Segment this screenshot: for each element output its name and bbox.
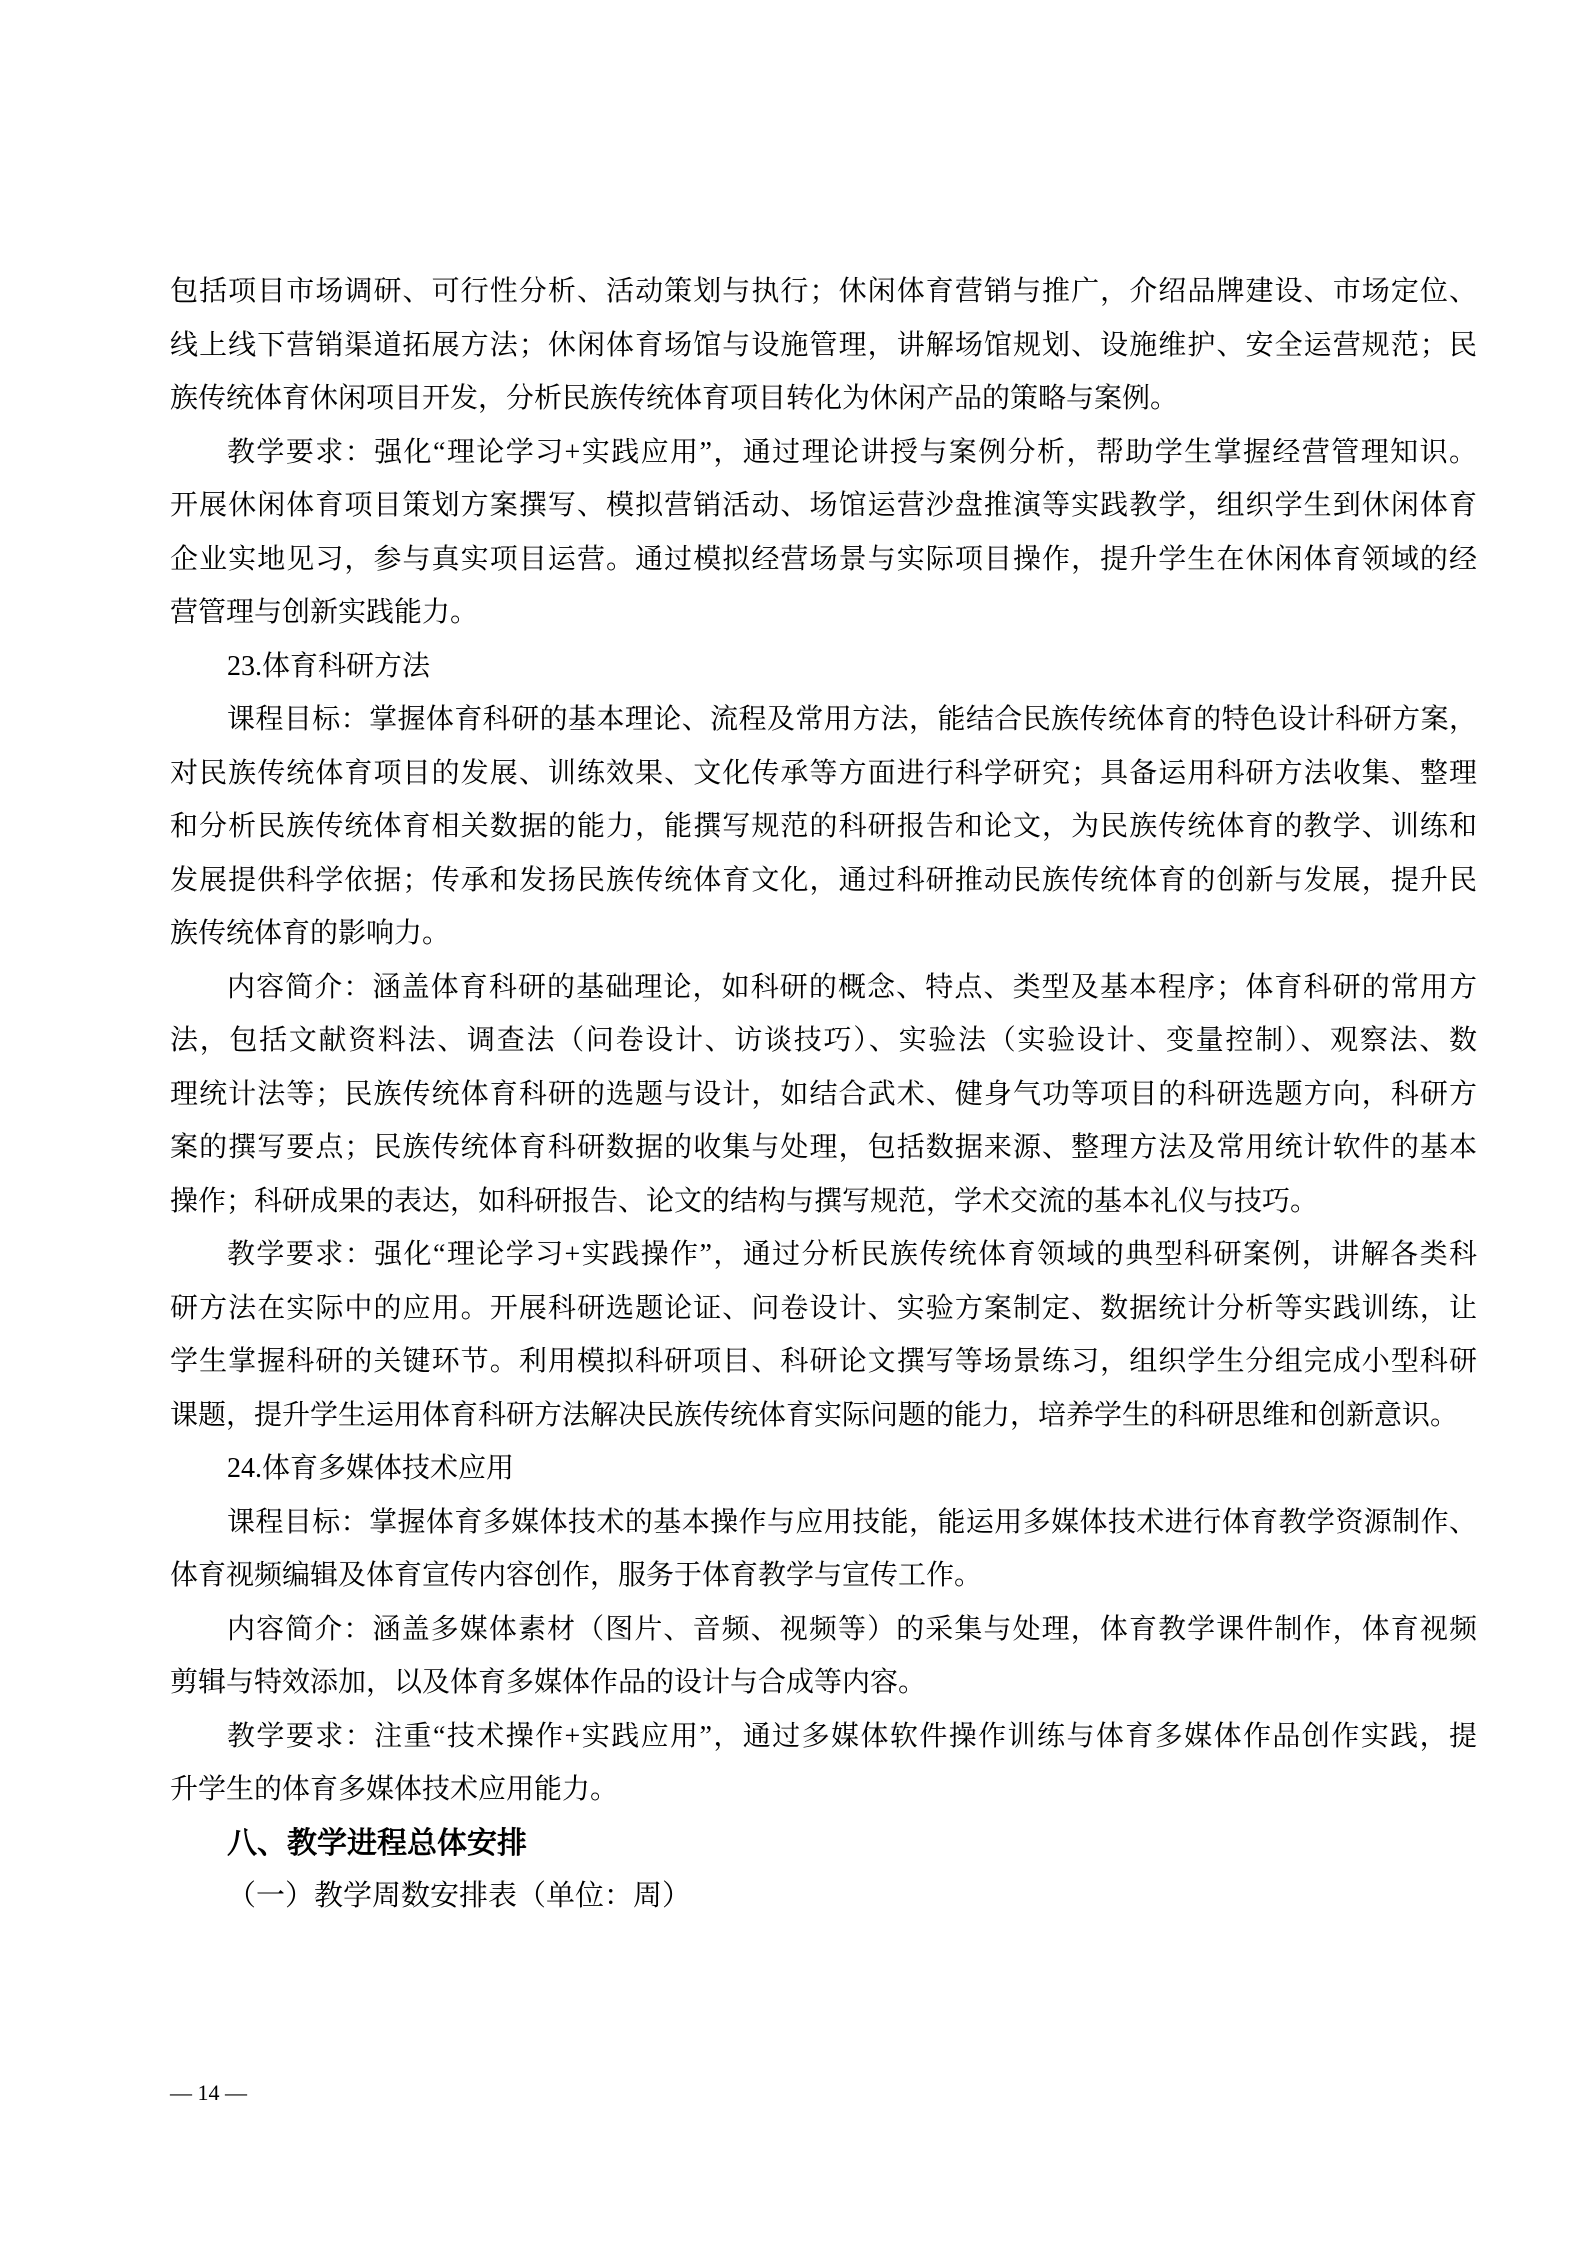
text-line: 课程目标：掌握体育多媒体技术的基本操作与应用技能，能运用多媒体技术进行体育教学资…	[170, 1496, 1477, 1550]
text-line: 教学要求：注重“技术操作+实践应用”，通过多媒体软件操作训练与体育多媒体作品创作…	[170, 1710, 1477, 1764]
course-list-item: 23.体育科研方法	[170, 640, 1477, 694]
text-line: 内容简介：涵盖多媒体素材（图片、音频、视频等）的采集与处理，体育教学课件制作，体…	[170, 1603, 1477, 1657]
paragraph: 包括项目市场调研、可行性分析、活动策划与执行；休闲体育营销与推广，介绍品牌建设、…	[170, 265, 1477, 426]
text-line: 八、教学进程总体安排	[170, 1817, 1477, 1871]
text-line: 企业实地见习，参与真实项目运营。通过模拟经营场景与实际项目操作，提升学生在休闲体…	[170, 533, 1477, 587]
text-line: 线上线下营销渠道拓展方法；休闲体育场馆与设施管理，讲解场馆规划、设施维护、安全运…	[170, 319, 1477, 373]
text-line: 族传统体育休闲项目开发，分析民族传统体育项目转化为休闲产品的策略与案例。	[170, 372, 1477, 426]
text-line: 学生掌握科研的关键环节。利用模拟科研项目、科研论文撰写等场景练习，组织学生分组完…	[170, 1335, 1477, 1389]
text-line: 教学要求：强化“理论学习+实践应用”，通过理论讲授与案例分析，帮助学生掌握经营管…	[170, 426, 1477, 480]
text-line: 法，包括文献资料法、调查法（问卷设计、访谈技巧）、实验法（实验设计、变量控制）、…	[170, 1014, 1477, 1068]
page-number: — 14 —	[170, 2078, 247, 2108]
text-line: 理统计法等；民族传统体育科研的选题与设计，如结合武术、健身气功等项目的科研选题方…	[170, 1068, 1477, 1122]
text-line: 体育视频编辑及体育宣传内容创作，服务于体育教学与宣传工作。	[170, 1549, 1477, 1603]
text-line: 案的撰写要点；民族传统体育科研数据的收集与处理，包括数据来源、整理方法及常用统计…	[170, 1121, 1477, 1175]
paragraph: 内容简介：涵盖多媒体素材（图片、音频、视频等）的采集与处理，体育教学课件制作，体…	[170, 1603, 1477, 1710]
text-line: 升学生的体育多媒体技术应用能力。	[170, 1763, 1477, 1817]
text-line: 操作；科研成果的表达，如科研报告、论文的结构与撰写规范，学术交流的基本礼仪与技巧…	[170, 1175, 1477, 1229]
section-heading: 八、教学进程总体安排	[170, 1817, 1477, 1871]
paragraph: 课程目标：掌握体育多媒体技术的基本操作与应用技能，能运用多媒体技术进行体育教学资…	[170, 1496, 1477, 1603]
text-line: 开展休闲体育项目策划方案撰写、模拟营销活动、场馆运营沙盘推演等实践教学，组织学生…	[170, 479, 1477, 533]
paragraph: 教学要求：强化“理论学习+实践操作”，通过分析民族传统体育领域的典型科研案例，讲…	[170, 1228, 1477, 1442]
text-line: 研方法在实际中的应用。开展科研选题论证、问卷设计、实验方案制定、数据统计分析等实…	[170, 1282, 1477, 1336]
text-line: 24.体育多媒体技术应用	[170, 1442, 1477, 1496]
paragraph: 教学要求：注重“技术操作+实践应用”，通过多媒体软件操作训练与体育多媒体作品创作…	[170, 1710, 1477, 1817]
text-line: 营管理与创新实践能力。	[170, 586, 1477, 640]
text-line: 发展提供科学依据；传承和发扬民族传统体育文化，通过科研推动民族传统体育的创新与发…	[170, 854, 1477, 908]
text-line: 对民族传统体育项目的发展、训练效果、文化传承等方面进行科学研究；具备运用科研方法…	[170, 747, 1477, 801]
document-page: 包括项目市场调研、可行性分析、活动策划与执行；休闲体育营销与推广，介绍品牌建设、…	[0, 0, 1587, 2245]
text-line: 剪辑与特效添加，以及体育多媒体作品的设计与合成等内容。	[170, 1656, 1477, 1710]
text-line: 课程目标：掌握体育科研的基本理论、流程及常用方法，能结合民族传统体育的特色设计科…	[170, 693, 1477, 747]
text-line: 包括项目市场调研、可行性分析、活动策划与执行；休闲体育营销与推广，介绍品牌建设、…	[170, 265, 1477, 319]
course-list-item: 24.体育多媒体技术应用	[170, 1442, 1477, 1496]
text-line: 23.体育科研方法	[170, 640, 1477, 694]
text-line: （一）教学周数安排表（单位：周）	[170, 1870, 1477, 1924]
paragraph: 课程目标：掌握体育科研的基本理论、流程及常用方法，能结合民族传统体育的特色设计科…	[170, 693, 1477, 961]
text-line: 和分析民族传统体育相关数据的能力，能撰写规范的科研报告和论文，为民族传统体育的教…	[170, 800, 1477, 854]
text-line: 族传统体育的影响力。	[170, 907, 1477, 961]
text-line: 课题，提升学生运用体育科研方法解决民族传统体育实际问题的能力，培养学生的科研思维…	[170, 1389, 1477, 1443]
paragraph: 内容简介：涵盖体育科研的基础理论，如科研的概念、特点、类型及基本程序；体育科研的…	[170, 961, 1477, 1229]
text-block: 包括项目市场调研、可行性分析、活动策划与执行；休闲体育营销与推广，介绍品牌建设、…	[170, 265, 1477, 1924]
text-line: 教学要求：强化“理论学习+实践操作”，通过分析民族传统体育领域的典型科研案例，讲…	[170, 1228, 1477, 1282]
paragraph: 教学要求：强化“理论学习+实践应用”，通过理论讲授与案例分析，帮助学生掌握经营管…	[170, 426, 1477, 640]
subsection-heading: （一）教学周数安排表（单位：周）	[170, 1870, 1477, 1924]
text-line: 内容简介：涵盖体育科研的基础理论，如科研的概念、特点、类型及基本程序；体育科研的…	[170, 961, 1477, 1015]
